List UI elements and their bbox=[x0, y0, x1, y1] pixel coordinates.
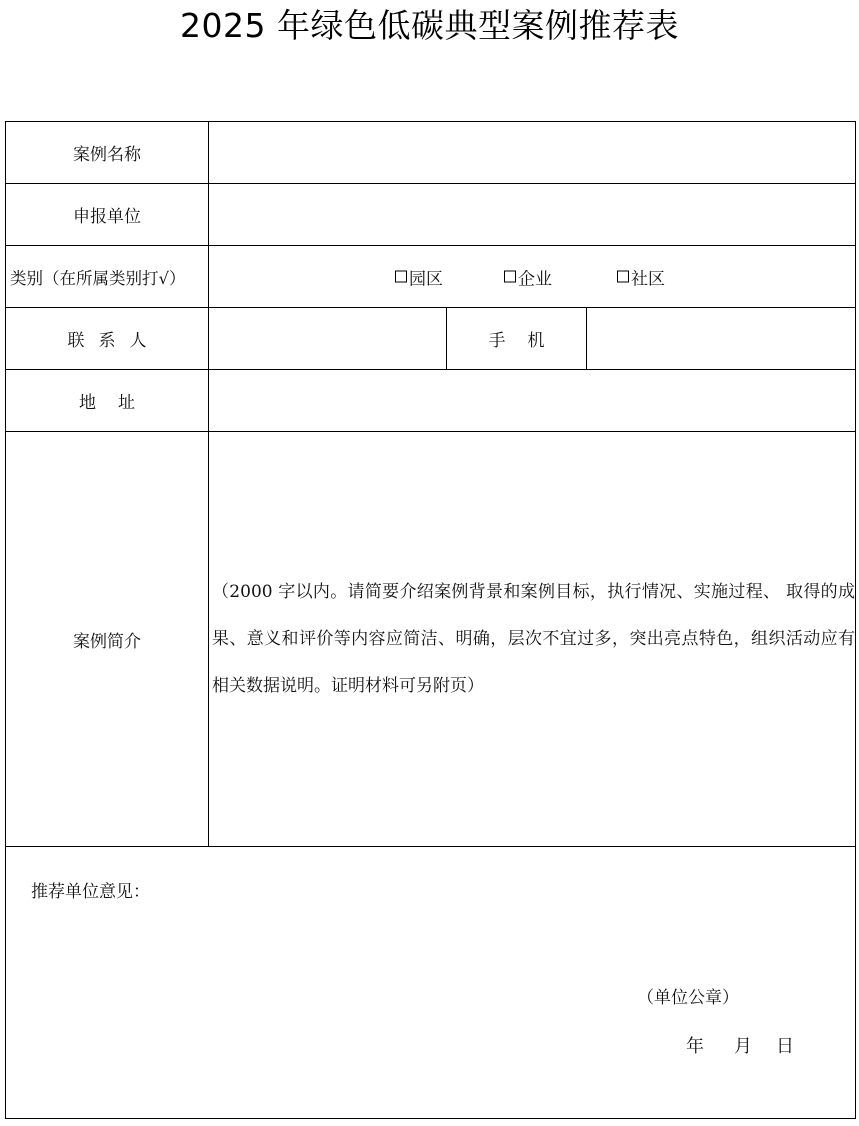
checkbox-icon[interactable] bbox=[504, 271, 516, 283]
recommendation-opinion-label: 推荐单位意见： bbox=[31, 877, 150, 902]
row-category: 类别（在所属类别打√） 园区 企业 社区 bbox=[6, 246, 855, 308]
case-name-label: 案例名称 bbox=[6, 122, 209, 183]
date-month-label: 月 bbox=[734, 1032, 752, 1058]
case-intro-instructions: （2000 字以内。请简要介绍案例背景和案例目标，执行情况、实施过程、 取得的成… bbox=[212, 569, 855, 710]
checkbox-icon[interactable] bbox=[617, 271, 629, 283]
contact-person-field[interactable] bbox=[209, 308, 446, 369]
checkbox-icon[interactable] bbox=[395, 271, 407, 283]
official-seal-label: （单位公章） bbox=[637, 983, 739, 1008]
row-case-intro: 案例简介 （2000 字以内。请简要介绍案例背景和案例目标，执行情况、实施过程、… bbox=[6, 432, 855, 847]
case-name-field[interactable] bbox=[209, 122, 855, 183]
row-address: 地址 bbox=[6, 370, 855, 432]
row-contact: 联系人 手机 bbox=[6, 308, 855, 370]
case-intro-label: 案例简介 bbox=[6, 432, 209, 846]
contact-person-label-cell: 联系人 bbox=[6, 308, 209, 369]
category-option-label: 企业 bbox=[518, 264, 552, 289]
category-label: 类别（在所属类别打√） bbox=[6, 246, 209, 307]
date-year-label: 年 bbox=[686, 1032, 704, 1058]
row-case-name: 案例名称 bbox=[6, 122, 855, 184]
category-option-park[interactable]: 园区 bbox=[395, 264, 443, 289]
mobile-label-cell: 手机 bbox=[446, 308, 587, 369]
applicant-unit-label: 申报单位 bbox=[6, 184, 209, 245]
address-field[interactable] bbox=[209, 370, 855, 431]
mobile-field[interactable] bbox=[587, 308, 855, 369]
row-applicant-unit: 申报单位 bbox=[6, 184, 855, 246]
address-label: 地址 bbox=[57, 388, 157, 413]
row-recommendation[interactable]: 推荐单位意见： （单位公章） 年 月 日 bbox=[6, 847, 855, 1118]
recommendation-form-table: 案例名称 申报单位 类别（在所属类别打√） 园区 企业 社区 联系人 bbox=[5, 121, 856, 1119]
mobile-label: 手机 bbox=[467, 326, 567, 351]
category-option-label: 园区 bbox=[409, 264, 443, 289]
applicant-unit-field[interactable] bbox=[209, 184, 855, 245]
category-option-community[interactable]: 社区 bbox=[617, 264, 665, 289]
document-title: 2025 年绿色低碳典型案例推荐表 bbox=[0, 4, 859, 48]
category-options: 园区 企业 社区 bbox=[209, 246, 855, 307]
date-day-label: 日 bbox=[776, 1032, 794, 1058]
category-option-enterprise[interactable]: 企业 bbox=[504, 264, 552, 289]
signature-date: 年 月 日 bbox=[686, 1032, 794, 1058]
category-option-label: 社区 bbox=[631, 264, 665, 289]
contact-person-label: 联系人 bbox=[54, 326, 161, 351]
address-label-cell: 地址 bbox=[6, 370, 209, 431]
case-intro-field[interactable]: （2000 字以内。请简要介绍案例背景和案例目标，执行情况、实施过程、 取得的成… bbox=[209, 432, 855, 846]
